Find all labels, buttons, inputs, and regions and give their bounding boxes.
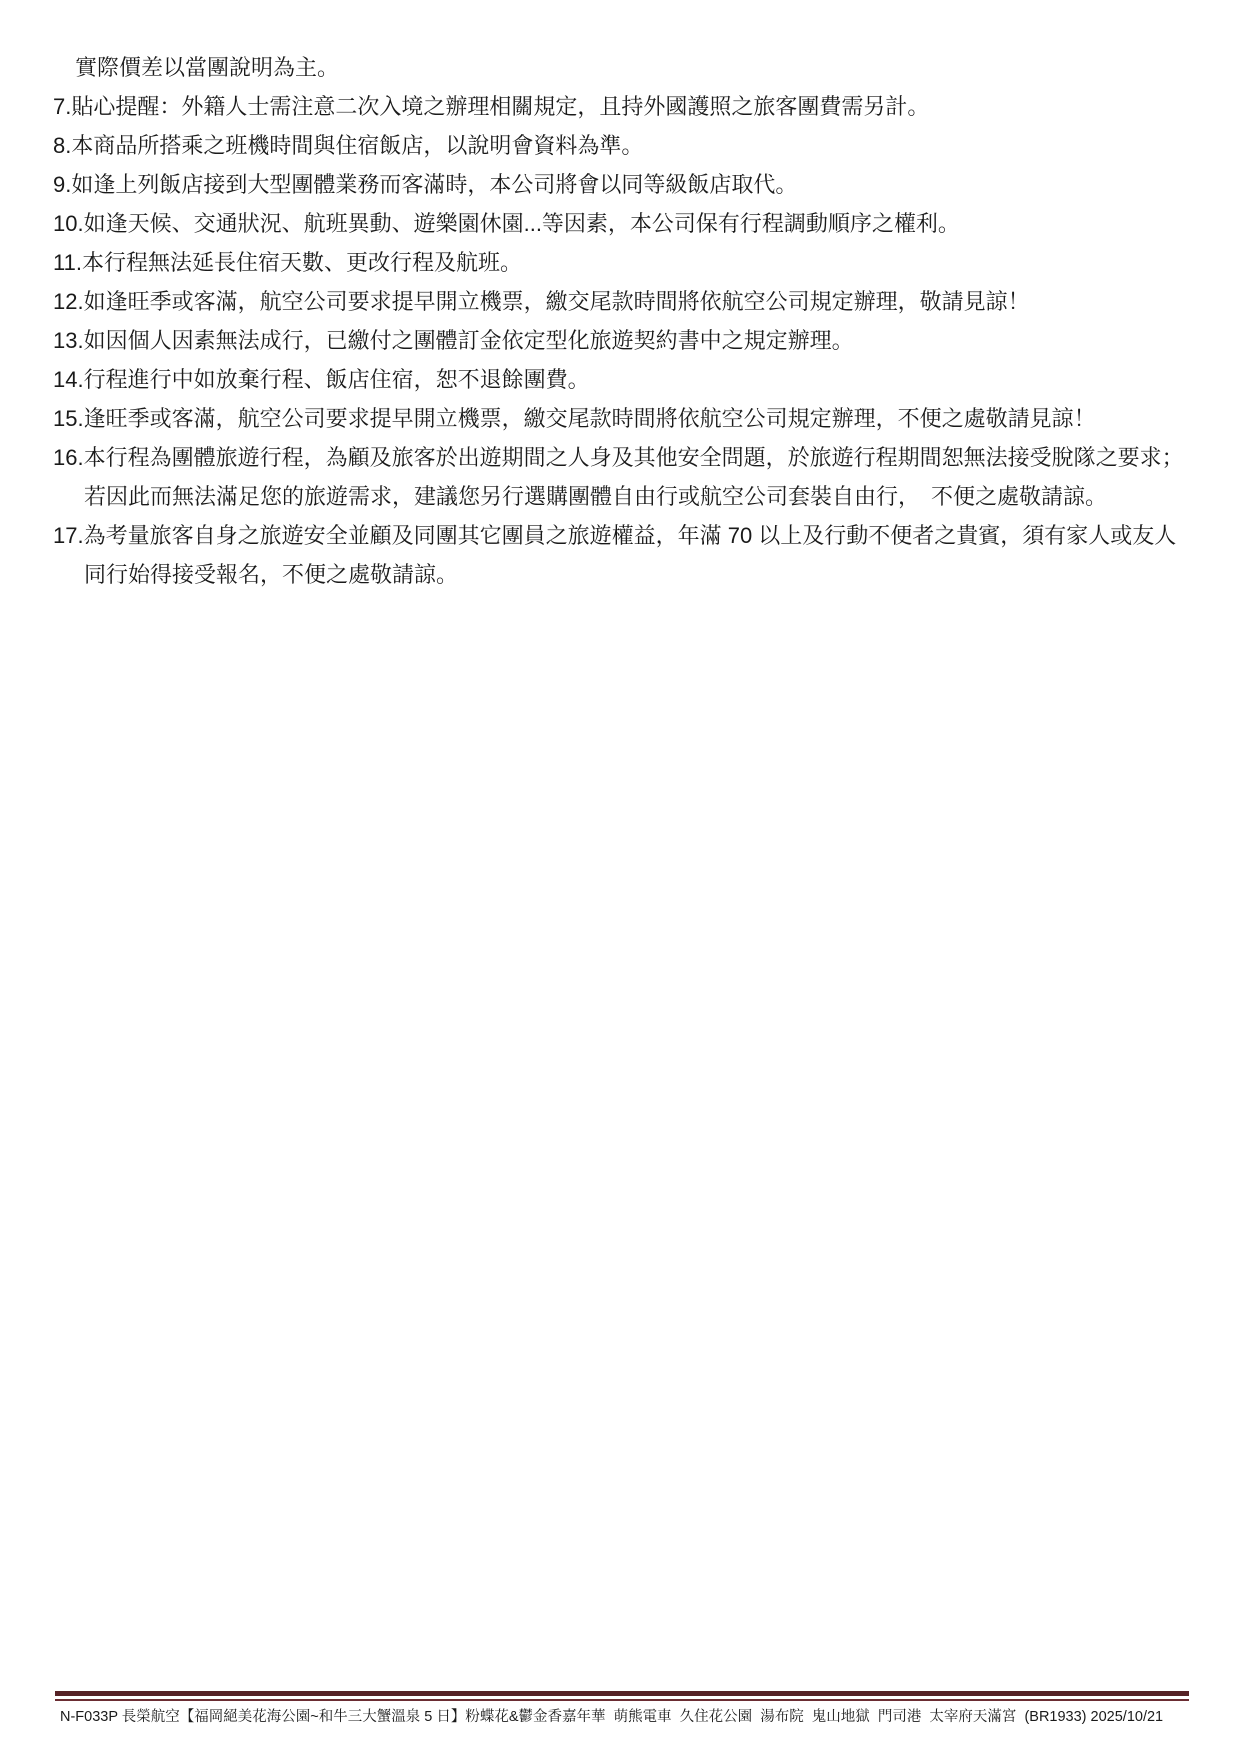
item-text: 行程進行中如放棄行程、飯店住宿，恕不退餘團費。 (84, 367, 590, 392)
list-item: 14.行程進行中如放棄行程、飯店住宿，恕不退餘團費。 (53, 360, 1193, 399)
item-text: 本商品所搭乘之班機時間與住宿飯店，以說明會資料為準。 (71, 133, 643, 158)
list-item: 16.本行程為團體旅遊行程，為顧及旅客於出遊期間之人身及其他安全問題，於旅遊行程… (53, 438, 1193, 516)
item-text: 貼心提醒：外籍人士需注意二次入境之辦理相關規定，且持外國護照之旅客團費需另計。 (71, 94, 929, 119)
list-item: 17.為考量旅客自身之旅遊安全並顧及同團其它團員之旅遊權益，年滿 70 以上及行… (53, 516, 1193, 594)
list-item: 8.本商品所搭乘之班機時間與住宿飯店，以說明會資料為準。 (53, 126, 1193, 165)
item-number: 8. (53, 133, 71, 158)
item-text: 為考量旅客自身之旅遊安全並顧及同團其它團員之旅遊權益，年滿 70 以上及行動不便… (84, 523, 1177, 587)
footer-divider-rule (55, 1691, 1189, 1701)
list-item: 13.如因個人因素無法成行，已繳付之團體訂金依定型化旅遊契約書中之規定辦理。 (53, 321, 1193, 360)
item-number: 11. (53, 250, 82, 275)
document-page: 實際價差以當團說明為主。 7.貼心提醒：外籍人士需注意二次入境之辦理相關規定，且… (0, 0, 1241, 1755)
item-text: 如逢旺季或客滿，航空公司要求提早開立機票，繳交尾款時間將依航空公司規定辦理，敬請… (84, 289, 1030, 314)
list-item: 11.本行程無法延長住宿天數、更改行程及航班。 (53, 243, 1193, 282)
intro-text: 實際價差以當團說明為主。 (75, 55, 339, 80)
item-text: 如逢天候、交通狀況、航班異動、遊樂園休園...等因素，本公司保有行程調動順序之權… (84, 211, 960, 236)
list-item: 10.如逢天候、交通狀況、航班異動、遊樂園休園...等因素，本公司保有行程調動順… (53, 204, 1193, 243)
item-text: 逢旺季或客滿，航空公司要求提早開立機票，繳交尾款時間將依航空公司規定辦理，不便之… (84, 406, 1096, 431)
item-number: 13. (53, 328, 84, 353)
item-text: 如逢上列飯店接到大型團體業務而客滿時，本公司將會以同等級飯店取代。 (71, 172, 797, 197)
list-item: 9.如逢上列飯店接到大型團體業務而客滿時，本公司將會以同等級飯店取代。 (53, 165, 1193, 204)
item-text: 如因個人因素無法成行，已繳付之團體訂金依定型化旅遊契約書中之規定辦理。 (84, 328, 854, 353)
list-item: 7.貼心提醒：外籍人士需注意二次入境之辦理相關規定，且持外國護照之旅客團費需另計… (53, 87, 1193, 126)
item-number: 12. (53, 289, 84, 314)
footer-text: N-F033P 長榮航空【福岡絕美花海公園~和牛三大蟹溫泉 5 日】粉蝶花&鬱金… (60, 1707, 1210, 1727)
item-number: 7. (53, 94, 71, 119)
item-number: 15. (53, 406, 84, 431)
intro-continuation-line: 實際價差以當團說明為主。 (53, 48, 1193, 87)
item-number: 10. (53, 211, 84, 236)
list-item: 15.逢旺季或客滿，航空公司要求提早開立機票，繳交尾款時間將依航空公司規定辦理，… (53, 399, 1193, 438)
item-number: 16. (53, 445, 84, 470)
list-item: 12.如逢旺季或客滿，航空公司要求提早開立機票，繳交尾款時間將依航空公司規定辦理… (53, 282, 1193, 321)
item-number: 14. (53, 367, 84, 392)
item-number: 17. (53, 523, 84, 548)
terms-list: 實際價差以當團說明為主。 7.貼心提醒：外籍人士需注意二次入境之辦理相關規定，且… (53, 48, 1193, 594)
item-number: 9. (53, 172, 71, 197)
item-text: 本行程無法延長住宿天數、更改行程及航班。 (82, 250, 522, 275)
item-text: 本行程為團體旅遊行程，為顧及旅客於出遊期間之人身及其他安全問題，於旅遊行程期間恕… (84, 445, 1184, 509)
